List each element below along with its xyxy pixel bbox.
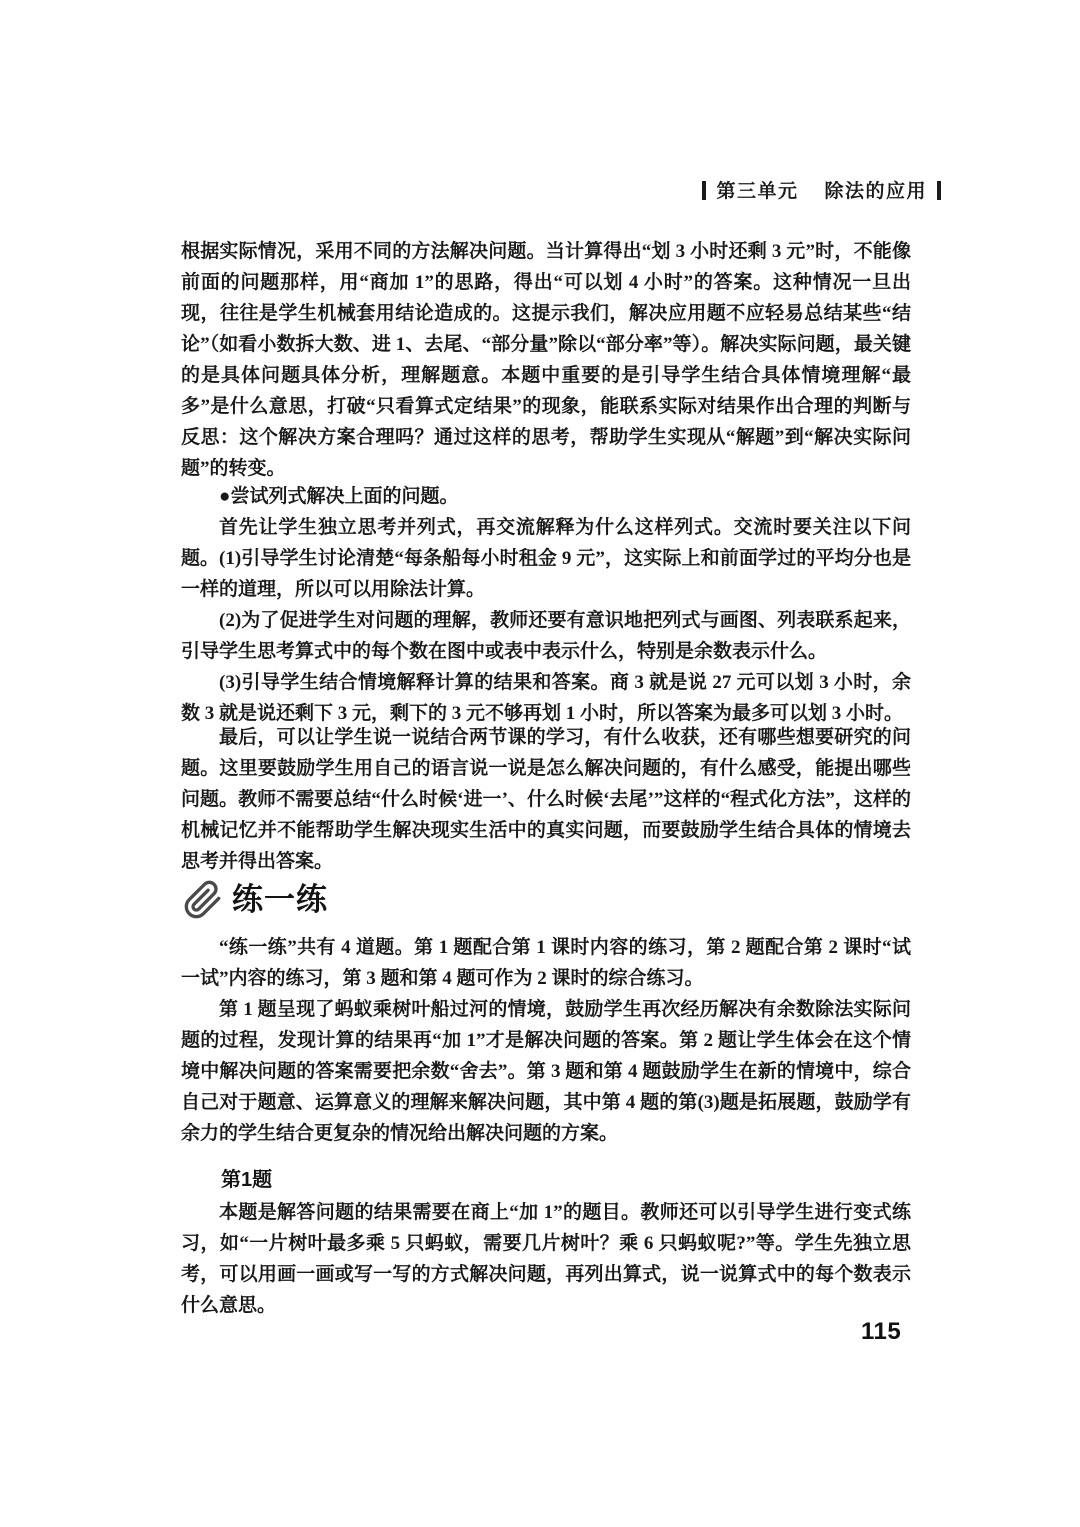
continuation-paragraph: 根据实际情况，采用不同的方法解决问题。当计算得出“划 3 小时还剩 3 元”时，… (181, 236, 911, 484)
running-header: 第三单元除法的应用 (702, 176, 941, 203)
point-3-paragraph: (3)引导学生结合情境解释计算的结果和答案。商 3 就是说 27 元可以划 3 … (181, 667, 911, 729)
practice-items-paragraph: 第 1 题呈现了蚂蚁乘树叶船过河的情境，鼓励学生再次经历解决有余数除法实际问题的… (181, 994, 911, 1149)
header-left-bar (702, 181, 706, 200)
paperclip-icon (183, 880, 223, 920)
header-right-bar (937, 181, 941, 200)
header-unit-label: 第三单元 (716, 181, 798, 202)
point-1-paragraph: (1)引导学生讨论清楚“每条船每小时租金 9 元”，这实际上和前面学过的平均分也… (181, 543, 911, 605)
question1-heading: 第1题 (181, 1165, 911, 1196)
summary-paragraph: 最后，可以让学生说一说结合两节课的学习，有什么收获，还有哪些想要研究的问题。这里… (181, 722, 911, 877)
point-2-paragraph: (2)为了促进学生对问题的理解，教师还要有意识地把列式与画图、列表联系起来，引导… (181, 605, 911, 667)
header-section-title: 除法的应用 (824, 181, 927, 202)
practice-overview-paragraph: “练一练”共有 4 道题。第 1 题配合第 1 课时内容的练习，第 2 题配合第… (181, 932, 911, 994)
page-number: 115 (861, 1318, 901, 1346)
question1-paragraph: 本题是解答问题的结果需要在商上“加 1”的题目。教师还可以引导学生进行变式练习，… (181, 1197, 911, 1321)
bullet-heading: ●尝试列式解决上面的问题。 (181, 481, 911, 512)
page-column: 第三单元除法的应用 根据实际情况，采用不同的方法解决问题。当计算得出“划 3 小… (181, 0, 911, 1527)
practice-section-heading: 练一练 (183, 880, 328, 920)
practice-heading-label: 练一练 (232, 880, 328, 920)
